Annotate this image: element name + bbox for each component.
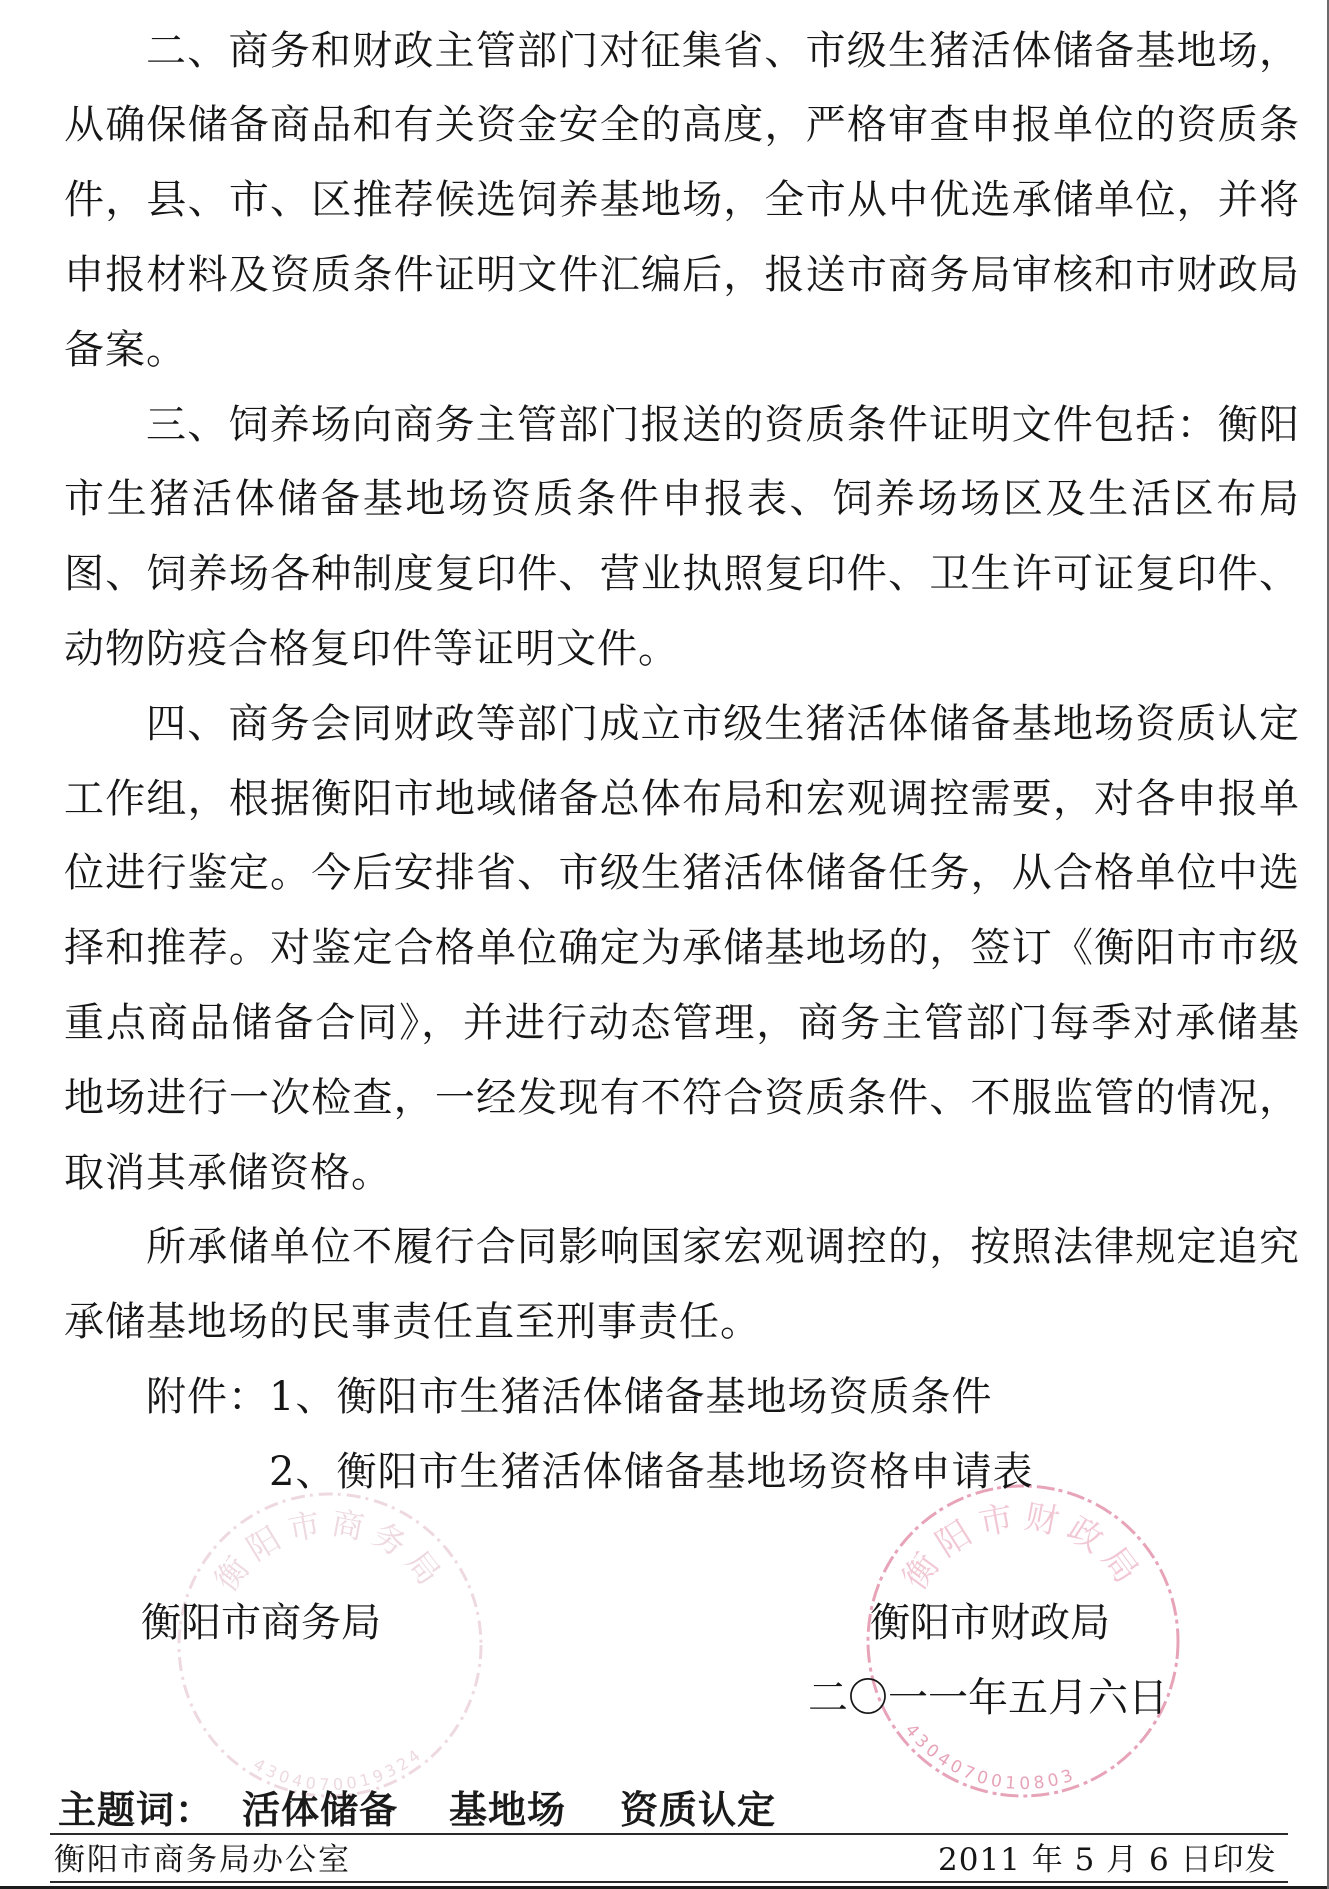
text-line: 位进行鉴定。今后安排省、市级生猪活体储备任务，从合格单位中选 <box>64 836 1300 911</box>
paragraph-section-three: 三、饲养场向商务主管部门报送的资质条件证明文件包括：衡阳 市生猪活体储备基地场资… <box>64 388 1300 687</box>
attachment-line: 2、衡阳市生猪活体储备基地场资格申请表 <box>64 1435 1300 1510</box>
attachments-label: 附件： <box>146 1374 269 1420</box>
paragraph-liability: 所承储单位不履行合同影响国家宏观调控的，按照法律规定追究 承储基地场的民事责任直… <box>64 1210 1300 1360</box>
issue-date: 二〇一一年五月六日 <box>808 1673 1168 1723</box>
document-page: 衡阳市商务局 4304070019324 衡阳市财政局 430407001080… <box>0 0 1329 1889</box>
attachment-item: 2、衡阳市生猪活体储备基地场资格申请表 <box>269 1449 1033 1495</box>
text-line: 承储基地场的民事责任直至刑事责任。 <box>64 1285 1300 1360</box>
text-line: 图、饲养场各种制度复印件、营业执照复印件、卫生许可证复印件、 <box>64 537 1300 612</box>
seal-org-text: 衡阳市商务局 <box>207 1504 453 1599</box>
text-line: 工作组，根据衡阳市地域储备总体布局和宏观调控需要，对各申报单 <box>64 762 1300 837</box>
document-body: 二、商务和财政主管部门对征集省、市级生猪活体储备基地场， 从确保储备商品和有关资… <box>64 14 1300 1510</box>
text-line: 二、商务和财政主管部门对征集省、市级生猪活体储备基地场， <box>64 14 1300 89</box>
attachment-item: 1、衡阳市生猪活体储备基地场资质条件 <box>269 1374 992 1420</box>
text-line: 取消其承储资格。 <box>64 1136 1300 1211</box>
attachments: 附件：1、衡阳市生猪活体储备基地场资质条件 2、衡阳市生猪活体储备基地场资格申请… <box>64 1360 1300 1510</box>
text-line: 地场进行一次检查，一经发现有不符合资质条件、不服监管的情况， <box>64 1061 1300 1136</box>
text-line: 备案。 <box>64 313 1300 388</box>
text-line: 四、商务会同财政等部门成立市级生猪活体储备基地场资质认定 <box>64 687 1300 762</box>
text-line: 从确保储备商品和有关资金安全的高度，严格审查申报单位的资质条 <box>64 88 1300 163</box>
footer-rule-top <box>50 1833 1288 1835</box>
text-line: 重点商品储备合同》，并进行动态管理，商务主管部门每季对承储基 <box>64 986 1300 1061</box>
print-date: 2011 年 5 月 6 日印发 <box>938 1842 1277 1878</box>
text-line: 三、饲养场向商务主管部门报送的资质条件证明文件包括：衡阳 <box>64 388 1300 463</box>
paragraph-section-two: 二、商务和财政主管部门对征集省、市级生猪活体储备基地场， 从确保储备商品和有关资… <box>64 14 1300 388</box>
text-line: 市生猪活体储备基地场资质条件申报表、饲养场场区及生活区布局 <box>64 462 1300 537</box>
text-line: 申报材料及资质条件证明文件汇编后，报送市商务局审核和市财政局 <box>64 238 1300 313</box>
paragraph-section-four: 四、商务会同财政等部门成立市级生猪活体储备基地场资质认定 工作组，根据衡阳市地域… <box>64 687 1300 1211</box>
signature-commerce-bureau: 衡阳市商务局 <box>141 1598 381 1648</box>
issuing-office: 衡阳市商务局办公室 <box>54 1842 351 1878</box>
keyword: 资质认定 <box>620 1788 776 1832</box>
keyword: 活体储备 <box>242 1788 398 1832</box>
attachment-line: 附件：1、衡阳市生猪活体储备基地场资质条件 <box>64 1360 1300 1435</box>
text-line: 所承储单位不履行合同影响国家宏观调控的，按照法律规定追究 <box>64 1210 1300 1285</box>
text-line: 件，县、市、区推荐候选饲养基地场，全市从中优选承储单位，并将 <box>64 163 1300 238</box>
keyword: 基地场 <box>449 1788 566 1832</box>
signature-finance-bureau: 衡阳市财政局 <box>870 1598 1110 1648</box>
text-line: 动物防疫合格复印件等证明文件。 <box>64 612 1300 687</box>
seal-org-text: 衡阳市财政局 <box>895 1497 1151 1598</box>
text-line: 择和推荐。对鉴定合格单位确定为承储基地场的，签订《衡阳市市级 <box>64 911 1300 986</box>
subject-label: 主题词： <box>58 1788 214 1832</box>
footer-rule-bottom <box>50 1881 1288 1883</box>
seal-code-text: 4304070010803 <box>901 1720 1080 1794</box>
